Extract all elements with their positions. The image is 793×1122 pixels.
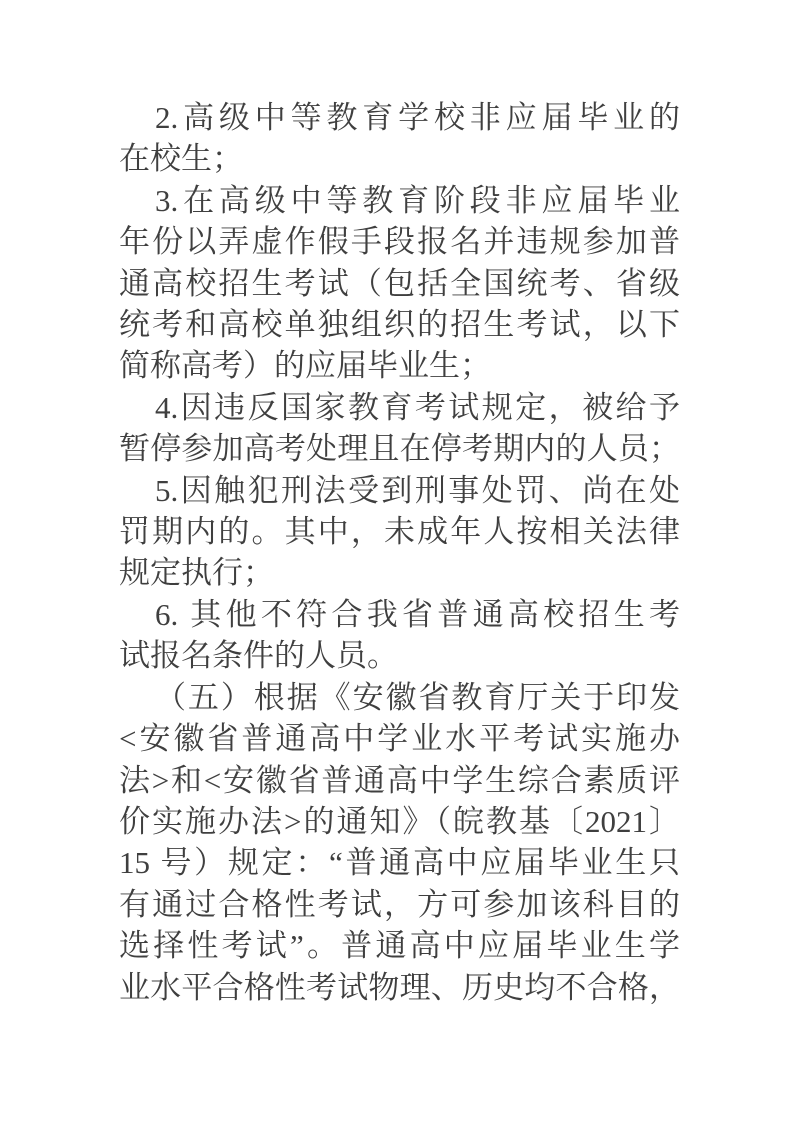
text-line: 5.因触犯刑法受到刑事处罚、尚在处 xyxy=(119,470,680,511)
text-line: 2.高级中等教育学校非应届毕业的 xyxy=(119,97,680,138)
text-line: 价实施办法>的通知》（皖教基〔2021〕 xyxy=(119,801,680,842)
text-line: <安徽省普通高中学业水平考试实施办 xyxy=(119,718,680,759)
text-line: 选择性考试”。普通高中应届毕业生学 xyxy=(119,925,680,966)
text-line: 有通过合格性考试，方可参加该科目的 xyxy=(119,884,680,925)
text-line: 统考和高校单独组织的招生考试，以下 xyxy=(119,304,680,345)
document-text-block: 2.高级中等教育学校非应届毕业的 在校生； 3.在高级中等教育阶段非应届毕业 年… xyxy=(119,97,680,1008)
text-line: 简称高考）的应届毕业生； xyxy=(119,345,680,386)
text-line: 业水平合格性考试物理、历史均不合格， xyxy=(119,967,680,1008)
text-line: 暂停参加高考处理且在停考期内的人员； xyxy=(119,428,680,469)
text-line: 6. 其他不符合我省普通高校招生考 xyxy=(119,594,680,635)
text-line: 通高校招生考试（包括全国统考、省级 xyxy=(119,263,680,304)
text-line: 3.在高级中等教育阶段非应届毕业 xyxy=(119,180,680,221)
text-line: 试报名条件的人员。 xyxy=(119,635,680,676)
text-line: 15 号）规定：“普通高中应届毕业生只 xyxy=(119,842,680,883)
text-line: 法>和<安徽省普通高中学生综合素质评 xyxy=(119,760,680,801)
text-line: 4.因违反国家教育考试规定，被给予 xyxy=(119,387,680,428)
document-page: 2.高级中等教育学校非应届毕业的 在校生； 3.在高级中等教育阶段非应届毕业 年… xyxy=(0,0,793,1122)
text-line: 罚期内的。其中，未成年人按相关法律 xyxy=(119,511,680,552)
text-line: 在校生； xyxy=(119,138,680,179)
text-line: （五）根据《安徽省教育厅关于印发 xyxy=(119,677,680,718)
text-line: 年份以弄虚作假手段报名并违规参加普 xyxy=(119,221,680,262)
text-line: 规定执行； xyxy=(119,552,680,593)
